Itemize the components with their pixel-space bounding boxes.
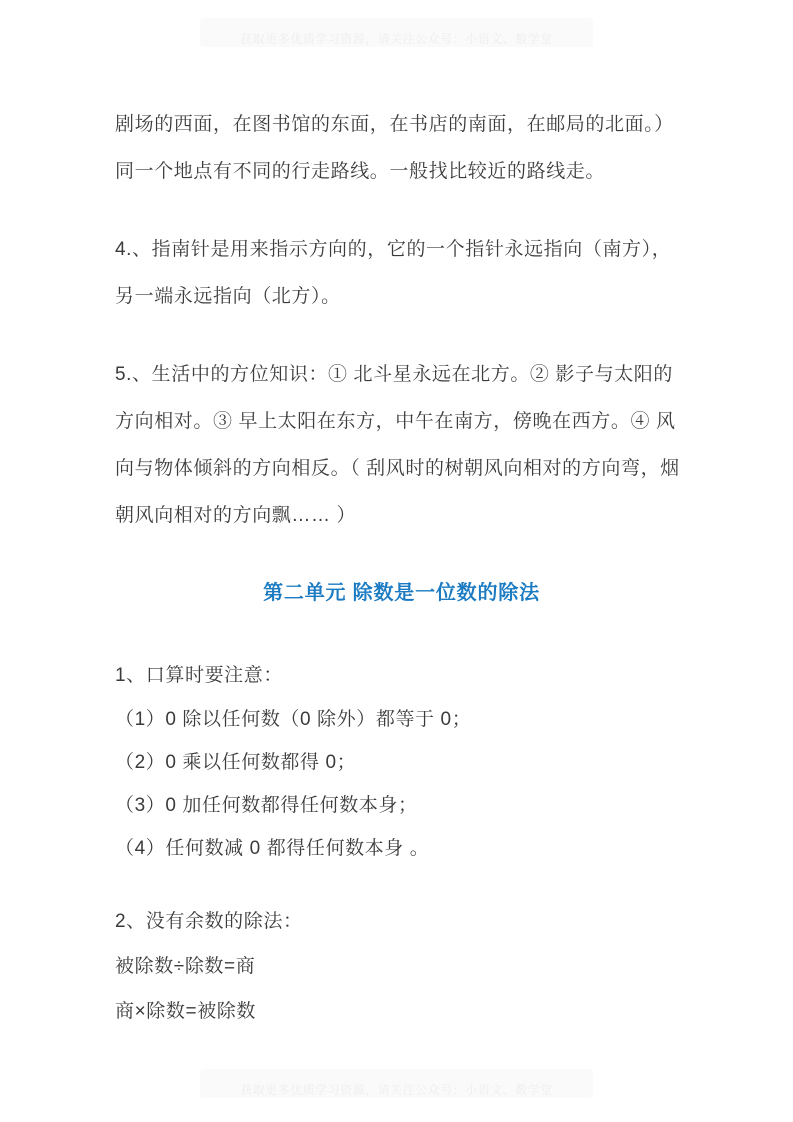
formula-line: 被除数÷除数=商 bbox=[115, 944, 688, 989]
paragraph-routes: 剧场的西面，在图书馆的东面，在书店的南面，在邮局的北面。） 同一个地点有不同的行… bbox=[115, 101, 688, 195]
paragraph-line: 朝风向相对的方向飘…… ） bbox=[115, 492, 688, 539]
point-line: （1）0 除以任何数（0 除外）都等于 0； bbox=[115, 698, 688, 741]
paragraph-line: 方向相对。③ 早上太阳在东方，中午在南方，傍晚在西方。④ 风 bbox=[115, 398, 688, 445]
item-oral-calculation: 1、口算时要注意： （1）0 除以任何数（0 除外）都等于 0； （2）0 乘以… bbox=[115, 653, 688, 870]
formula-line: 商×除数=被除数 bbox=[115, 989, 688, 1034]
point-line: （3）0 加任何数都得任何数本身； bbox=[115, 784, 688, 827]
document-content: 剧场的西面，在图书馆的东面，在书店的南面，在邮局的北面。） 同一个地点有不同的行… bbox=[0, 0, 793, 1034]
point-line: （2）0 乘以任何数都得 0； bbox=[115, 741, 688, 784]
paragraph-line: 4.、指南针是用来指示方向的，它的一个指针永远指向（南方）， bbox=[115, 226, 688, 273]
paragraph-line: 向与物体倾斜的方向相反。（ 刮风时的树朝风向相对的方向弯，烟 bbox=[115, 445, 688, 492]
paragraph-compass: 4.、指南针是用来指示方向的，它的一个指针永远指向（南方）， 另一端永远指向（北… bbox=[115, 226, 688, 320]
item-title: 2、没有余数的除法： bbox=[115, 899, 688, 944]
watermark-bottom: 获取更多优质学习资源，请关注公众号：小语文、数学堂 bbox=[200, 1069, 593, 1098]
item-division-no-remainder: 2、没有余数的除法： 被除数÷除数=商 商×除数=被除数 bbox=[115, 899, 688, 1034]
point-line: （4）任何数减 0 都得任何数本身 。 bbox=[115, 827, 688, 870]
paragraph-line: 5.、生活中的方位知识：① 北斗星永远在北方。② 影子与太阳的 bbox=[115, 351, 688, 398]
unit2-heading: 第二单元 除数是一位数的除法 bbox=[115, 570, 688, 617]
item-points: （1）0 除以任何数（0 除外）都等于 0； （2）0 乘以任何数都得 0； （… bbox=[115, 698, 688, 870]
paragraph-life-directions: 5.、生活中的方位知识：① 北斗星永远在北方。② 影子与太阳的 方向相对。③ 早… bbox=[115, 351, 688, 539]
item-title: 1、口算时要注意： bbox=[115, 653, 688, 698]
paragraph-line: 同一个地点有不同的行走路线。一般找比较近的路线走。 bbox=[115, 148, 688, 195]
document-page: 获取更多优质学习资源，请关注公众号：小语文、数学堂 剧场的西面，在图书馆的东面，… bbox=[0, 0, 793, 1122]
paragraph-line: 剧场的西面，在图书馆的东面，在书店的南面，在邮局的北面。） bbox=[115, 101, 688, 148]
paragraph-line: 另一端永远指向（北方）。 bbox=[115, 273, 688, 320]
watermark-bottom-text: 获取更多优质学习资源，请关注公众号：小语文、数学堂 bbox=[240, 1082, 553, 1098]
